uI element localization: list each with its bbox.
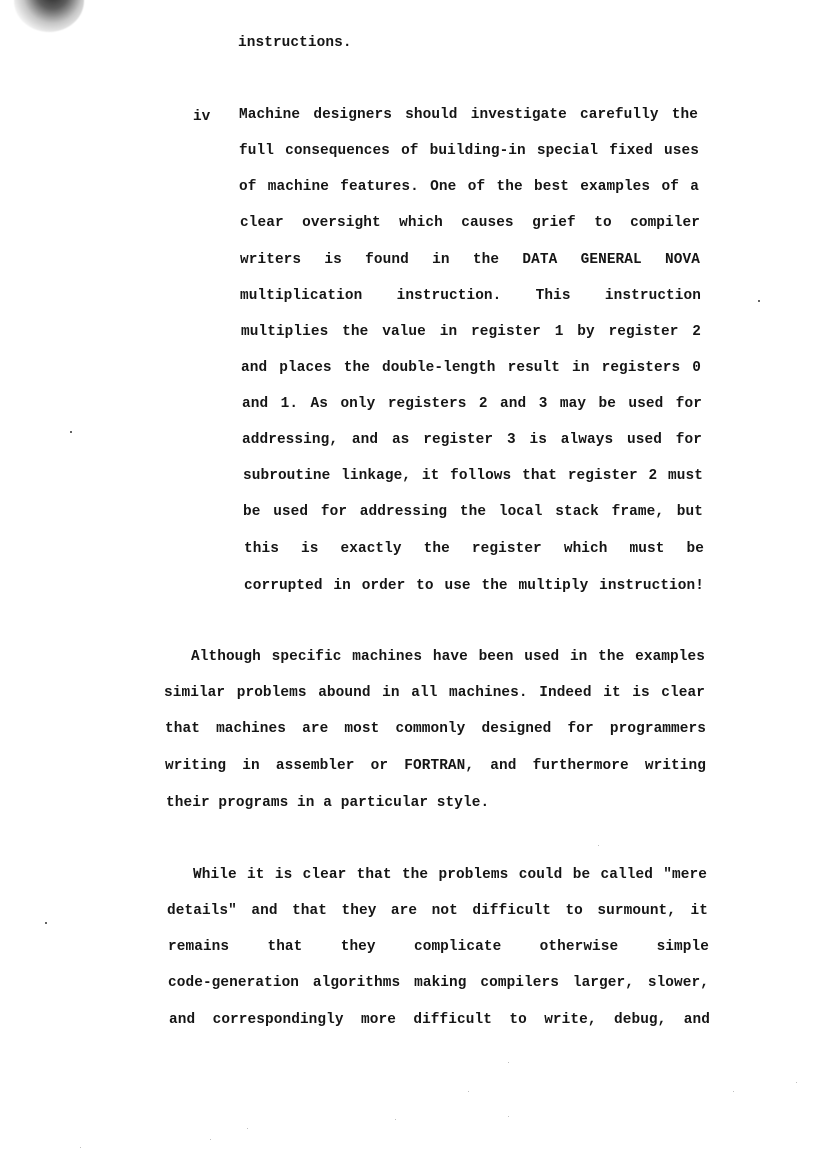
speck <box>45 922 47 924</box>
text-line: multiplies the value in register 1 by re… <box>241 323 701 341</box>
speck <box>70 431 72 433</box>
text-line: multiplication instruction. This instruc… <box>240 287 701 305</box>
speck <box>508 1062 509 1063</box>
text-line: addressing, and as register 3 is always … <box>242 431 702 449</box>
text-line: and correspondingly more difficult to wr… <box>169 1011 710 1029</box>
text-line: writers is found in the DATA GENERAL NOV… <box>240 251 700 269</box>
speck <box>796 1082 797 1083</box>
text-line: of machine features. One of the best exa… <box>239 178 699 196</box>
text-line: Although specific machines have been use… <box>191 648 705 666</box>
text-line: writing in assembler or FORTRAN, and fur… <box>165 757 706 775</box>
text-line: remains that they complicate otherwise s… <box>168 938 709 956</box>
ink-blotch <box>14 0 84 32</box>
text-line: and 1. As only registers 2 and 3 may be … <box>242 395 702 413</box>
text-line: this is exactly the register which must … <box>244 540 704 558</box>
text-line: code-generation algorithms making compil… <box>168 974 709 992</box>
text-line: details" and that they are not difficult… <box>167 902 708 920</box>
speck <box>247 1128 248 1129</box>
speck <box>80 1147 81 1148</box>
list-item-marker: iv <box>193 108 210 126</box>
text-line: While it is clear that the problems coul… <box>193 866 707 884</box>
speck <box>598 845 599 846</box>
text-line: subroutine linkage, it follows that regi… <box>243 467 703 485</box>
scanned-page: instructions. iv Machine designers shoul… <box>0 0 813 1175</box>
text-line: Machine designers should investigate car… <box>239 106 698 124</box>
speck <box>508 1116 509 1117</box>
speck <box>395 1119 396 1120</box>
continuation-text: instructions. <box>238 34 352 52</box>
text-line: that machines are most commonly designed… <box>165 720 706 738</box>
text-line: full consequences of building-in special… <box>239 142 699 160</box>
text-line: and places the double-length result in r… <box>241 359 701 377</box>
speck <box>733 1091 734 1092</box>
speck <box>210 1139 211 1140</box>
text-line: be used for addressing the local stack f… <box>243 503 703 521</box>
text-line: clear oversight which causes grief to co… <box>240 214 700 232</box>
text-line: their programs in a particular style. <box>166 794 489 812</box>
speck <box>758 300 760 302</box>
speck <box>468 1091 469 1092</box>
text-line: corrupted in order to use the multiply i… <box>244 577 704 595</box>
text-line: similar problems abound in all machines.… <box>164 684 705 702</box>
